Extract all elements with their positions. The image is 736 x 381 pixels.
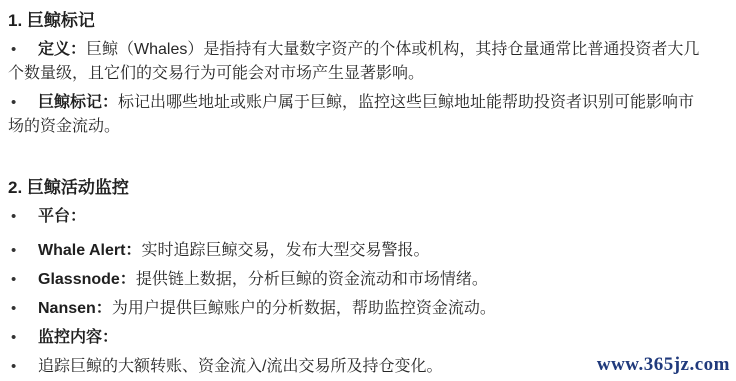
item-label: 定义： <box>38 41 86 58</box>
bullet-dot: • <box>8 38 38 62</box>
section-heading-whale-activity-monitoring: 2. 巨鲸活动监控 <box>8 175 703 200</box>
item-label: Nansen： <box>38 300 112 317</box>
bullet-dot: • <box>8 326 38 350</box>
bullet-item-glassnode: •Glassnode：提供链上数据，分析巨鲸的资金流动和市场情绪。 <box>8 268 703 292</box>
item-text: 追踪巨鲸的大额转账、资金流入/流出交易所及持仓变化。 <box>38 358 442 375</box>
item-label: Glassnode： <box>38 271 136 288</box>
bullet-item-monitoring-content: •监控内容： <box>8 326 703 350</box>
bullet-dot: • <box>8 268 38 292</box>
item-text: 巨鲸（Whales）是指持有大量数字资产的个体或机构，其持仓量通常比普通投资者大… <box>8 41 699 82</box>
bullet-item-definition: •定义：巨鲸（Whales）是指持有大量数字资产的个体或机构，其持仓量通常比普通… <box>8 38 703 86</box>
bullet-item-platform: •平台： <box>8 205 703 229</box>
bullet-dot: • <box>8 239 38 263</box>
bullet-dot: • <box>8 355 38 379</box>
item-label: 监控内容： <box>38 329 118 346</box>
bullet-item-whale-marking: •巨鲸标记：标记出哪些地址或账户属于巨鲸，监控这些巨鲸地址能帮助投资者识别可能影… <box>8 91 703 139</box>
bullet-dot: • <box>8 91 38 115</box>
item-label: Whale Alert： <box>38 242 141 259</box>
bullet-dot: • <box>8 205 38 229</box>
bullet-item-nansen: •Nansen：为用户提供巨鲸账户的分析数据，帮助监控资金流动。 <box>8 297 703 321</box>
item-label: 平台： <box>38 208 86 225</box>
item-text: 实时追踪巨鲸交易，发布大型交易警报。 <box>141 242 429 259</box>
watermark-link[interactable]: www.365jz.com <box>597 354 730 376</box>
item-text: 提供链上数据，分析巨鲸的资金流动和市场情绪。 <box>136 271 488 288</box>
bullet-dot: • <box>8 297 38 321</box>
item-text: 为用户提供巨鲸账户的分析数据，帮助监控资金流动。 <box>112 300 496 317</box>
document-body: 1. 巨鲸标记 •定义：巨鲸（Whales）是指持有大量数字资产的个体或机构，其… <box>0 0 736 379</box>
bullet-item-whale-alert: •Whale Alert：实时追踪巨鲸交易，发布大型交易警报。 <box>8 239 703 263</box>
item-label: 巨鲸标记： <box>38 94 118 111</box>
section-heading-whale-marking: 1. 巨鲸标记 <box>8 8 703 33</box>
